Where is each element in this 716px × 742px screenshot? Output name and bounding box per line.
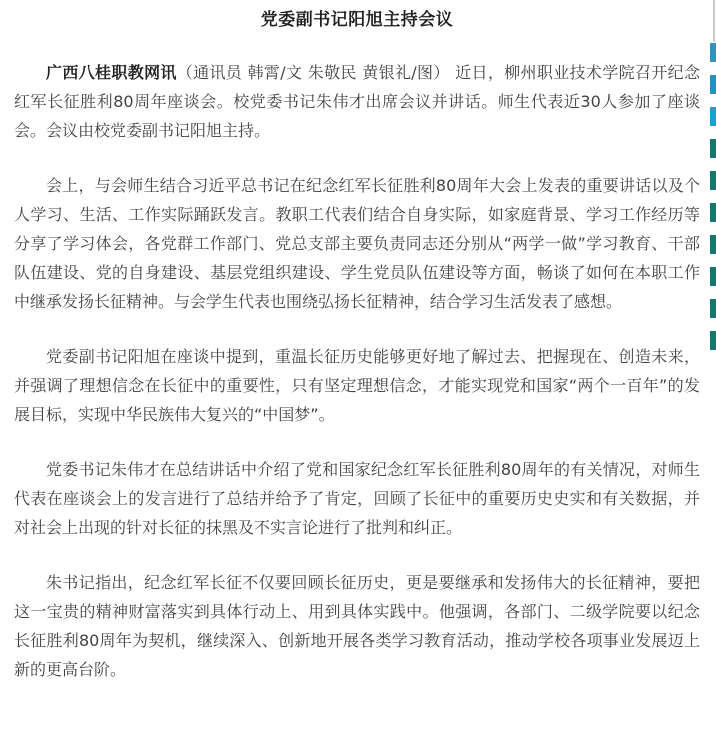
scroll-marker[interactable] [710,107,716,126]
scrollbar[interactable] [708,0,716,742]
paragraph-3: 党委副书记阳旭在座谈中提到，重温长征历史能够更好地了解过去、把握现在、创造未来，… [14,342,700,429]
scroll-marker[interactable] [710,267,716,286]
paragraph-1: 广西八桂职教网讯（通讯员 韩霄/文 朱敬民 黄银礼/图） 近日，柳州职业技术学院… [14,58,700,145]
paragraph-5: 朱书记指出，纪念红军长征不仅要回顾长征历史，更是要继承和发扬伟大的长征精神，要把… [14,568,700,684]
scroll-marker[interactable] [710,43,716,62]
paragraph-5-text: 朱书记指出，纪念红军长征不仅要回顾长征历史，更是要继承和发扬伟大的长征精神，要把… [14,573,700,679]
scroll-marker[interactable] [710,171,716,190]
paragraph-3-text: 党委副书记阳旭在座谈中提到，重温长征历史能够更好地了解过去、把握现在、创造未来，… [14,347,700,424]
paragraph-2: 会上，与会师生结合习近平总书记在纪念红军长征胜利80周年大会上发表的重要讲话以及… [14,171,700,316]
article-title: 党委副书记阳旭主持会议 [14,6,700,32]
scroll-marker[interactable] [710,299,716,318]
scroll-marker[interactable] [710,235,716,254]
paragraph-4-text: 党委书记朱伟才在总结讲话中介绍了党和国家纪念红军长征胜利80周年的有关情况，对师… [14,460,700,537]
scroll-marker[interactable] [710,75,716,94]
paragraph-4: 党委书记朱伟才在总结讲话中介绍了党和国家纪念红军长征胜利80周年的有关情况，对师… [14,455,700,542]
scroll-marker[interactable] [710,331,716,350]
scrollbar-thumb[interactable] [713,0,715,42]
scroll-marker[interactable] [710,203,716,222]
paragraph-1-lead: 广西八桂职教网讯 [46,63,177,82]
paragraph-2-text: 会上，与会师生结合习近平总书记在纪念红军长征胜利80周年大会上发表的重要讲话以及… [14,176,700,311]
scroll-marker[interactable] [710,139,716,158]
article: 党委副书记阳旭主持会议 广西八桂职教网讯（通讯员 韩霄/文 朱敬民 黄银礼/图）… [0,0,716,710]
